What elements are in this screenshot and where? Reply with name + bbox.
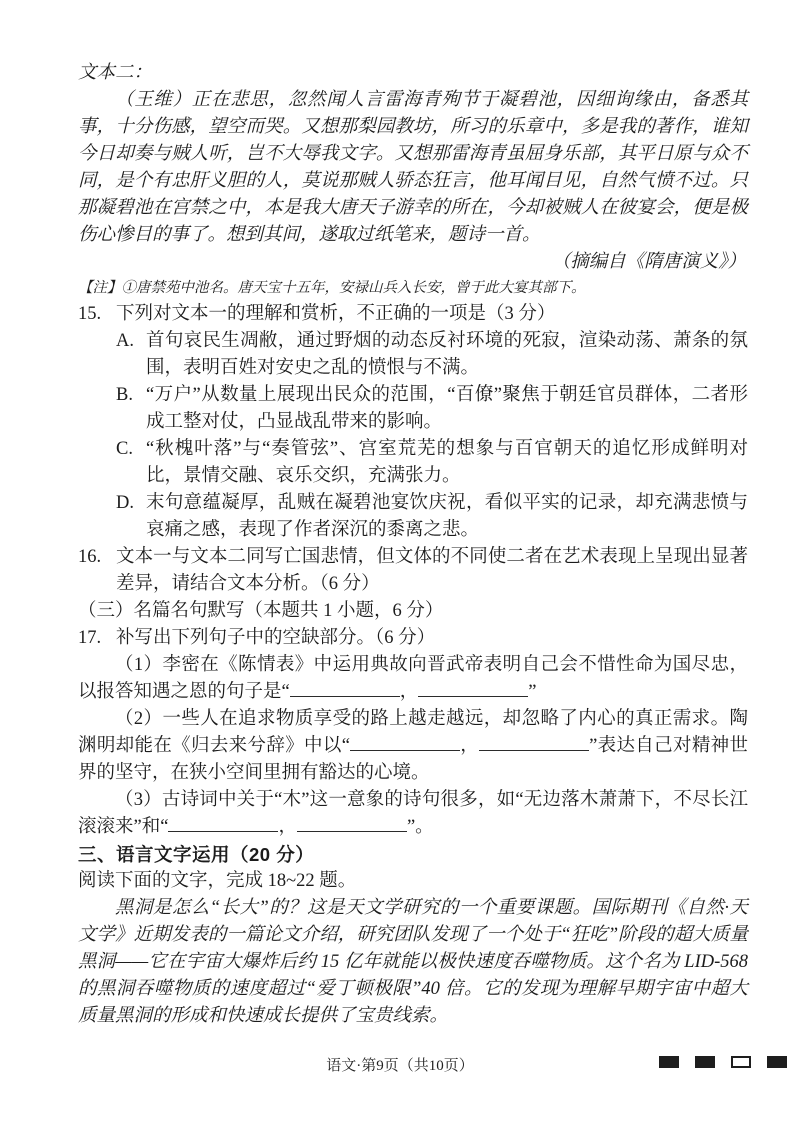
question-17-item-3: （3）古诗词中关于“木”这一意象的诗句很多，如“无边落木萧萧下，不尽长江滚滚来”…	[78, 787, 748, 841]
option-b-text: “万户”从数量上展现出民众的范围，“百僚”聚焦于朝廷官员群体，二者形成工整对仗，…	[146, 385, 748, 432]
exam-page-content: 文本二： （王维）正在悲思，忽然闻人言雷海青殉节于凝碧池，因细询缘由，备悉其事，…	[78, 60, 748, 1030]
question-15-option-a: A. 首句哀民生凋敝，通过野烟的动态反衬环境的死寂，渲染动荡、萧条的氛围，表明百…	[116, 328, 748, 382]
answer-blank	[418, 682, 528, 697]
passage-attribution: （摘编自《隋唐演义》）	[78, 249, 748, 276]
question-17-item-2: （2）一些人在追求物质享受的路上越走越远，却忽略了内心的真正需求。陶渊明却能在《…	[78, 706, 748, 787]
question-15: 15. 下列对文本一的理解和赏析，不正确的一项是（3 分）	[78, 301, 748, 328]
question-17-stem: 补写出下列句子中的空缺部分。（6 分）	[116, 628, 435, 648]
question-17-number: 17.	[78, 625, 101, 652]
outline-square-mark	[731, 1056, 751, 1068]
question-17: 17. 补写出下列句子中的空缺部分。（6 分）	[78, 625, 748, 652]
question-17-item-1: （1）李密在《陈情表》中运用典故向晋武帝表明自己会不惜性命为国尽忠，以报答知遇之…	[78, 652, 748, 706]
question-15-option-d: D. 末句意蕴凝厚，乱贼在凝碧池宴饮庆祝，看似平实的记录，却充满悲愤与哀痛之感，…	[116, 490, 748, 544]
question-16: 16. 文本一与文本二同写亡国悲情，但文体的不同使二者在艺术表现上呈现出显著差异…	[78, 544, 748, 598]
option-c-label: C.	[116, 436, 133, 463]
option-d-text: 末句意蕴凝厚，乱贼在凝碧池宴饮庆祝，看似平实的记录，却充满悲愤与哀痛之感，表现了…	[146, 493, 748, 540]
blackhole-passage: 黑洞是怎么“长大”的？这是天文学研究的一个重要课题。国际期刊《自然·天文学》近期…	[78, 895, 748, 1030]
filled-square-mark	[695, 1056, 715, 1068]
answer-blank	[168, 817, 278, 832]
reading-instruction: 阅读下面的文字，完成 18~22 题。	[78, 868, 748, 895]
option-d-label: D.	[116, 490, 134, 517]
option-b-label: B.	[116, 382, 133, 409]
filled-square-mark	[659, 1056, 679, 1068]
page-footer: 语文·第9页（共10页）	[0, 1050, 800, 1080]
print-registration-marks	[659, 1056, 787, 1068]
footnote: 【注】①唐禁苑中池名。唐天宝十五年，安禄山兵入长安，曾于此大宴其部下。	[78, 276, 748, 301]
question-16-stem: 文本一与文本二同写亡国悲情，但文体的不同使二者在艺术表现上呈现出显著差异，请结合…	[116, 547, 748, 594]
option-a-text: 首句哀民生凋敝，通过野烟的动态反衬环境的死寂，渲染动荡、萧条的氛围，表明百姓对安…	[146, 331, 748, 378]
answer-blank	[479, 736, 589, 751]
option-a-label: A.	[116, 328, 134, 355]
item-3-text-post: ”。	[407, 817, 434, 837]
item-2-text-mid: ，	[460, 736, 479, 756]
question-16-number: 16.	[78, 544, 101, 571]
filled-square-mark	[767, 1056, 787, 1068]
item-1-text-mid: ，	[400, 682, 419, 702]
text2-passage: （王维）正在悲思，忽然闻人言雷海青殉节于凝碧池，因细询缘由，备悉其事，十分伤感，…	[78, 87, 748, 249]
question-15-number: 15.	[78, 301, 101, 328]
answer-blank	[290, 682, 400, 697]
section-3-heading: 三、语言文字运用（20 分）	[78, 841, 748, 868]
item-1-text-post: ”	[528, 682, 536, 702]
answer-blank	[350, 736, 460, 751]
item-3-text-mid: ，	[278, 817, 297, 837]
option-c-text: “秋槐叶落”与“奏管弦”、宫室荒芜的想象与百官朝天的追忆形成鲜明对比，景情交融、…	[146, 439, 748, 486]
text2-heading: 文本二：	[78, 60, 748, 87]
question-15-option-c: C. “秋槐叶落”与“奏管弦”、宫室荒芜的想象与百官朝天的追忆形成鲜明对比，景情…	[116, 436, 748, 490]
section-3-subheading: （三）名篇名句默写（本题共 1 小题，6 分）	[78, 598, 748, 625]
answer-blank	[297, 817, 407, 832]
question-15-option-b: B. “万户”从数量上展现出民众的范围，“百僚”聚焦于朝廷官员群体，二者形成工整…	[116, 382, 748, 436]
question-15-stem: 下列对文本一的理解和赏析，不正确的一项是（3 分）	[116, 304, 555, 324]
